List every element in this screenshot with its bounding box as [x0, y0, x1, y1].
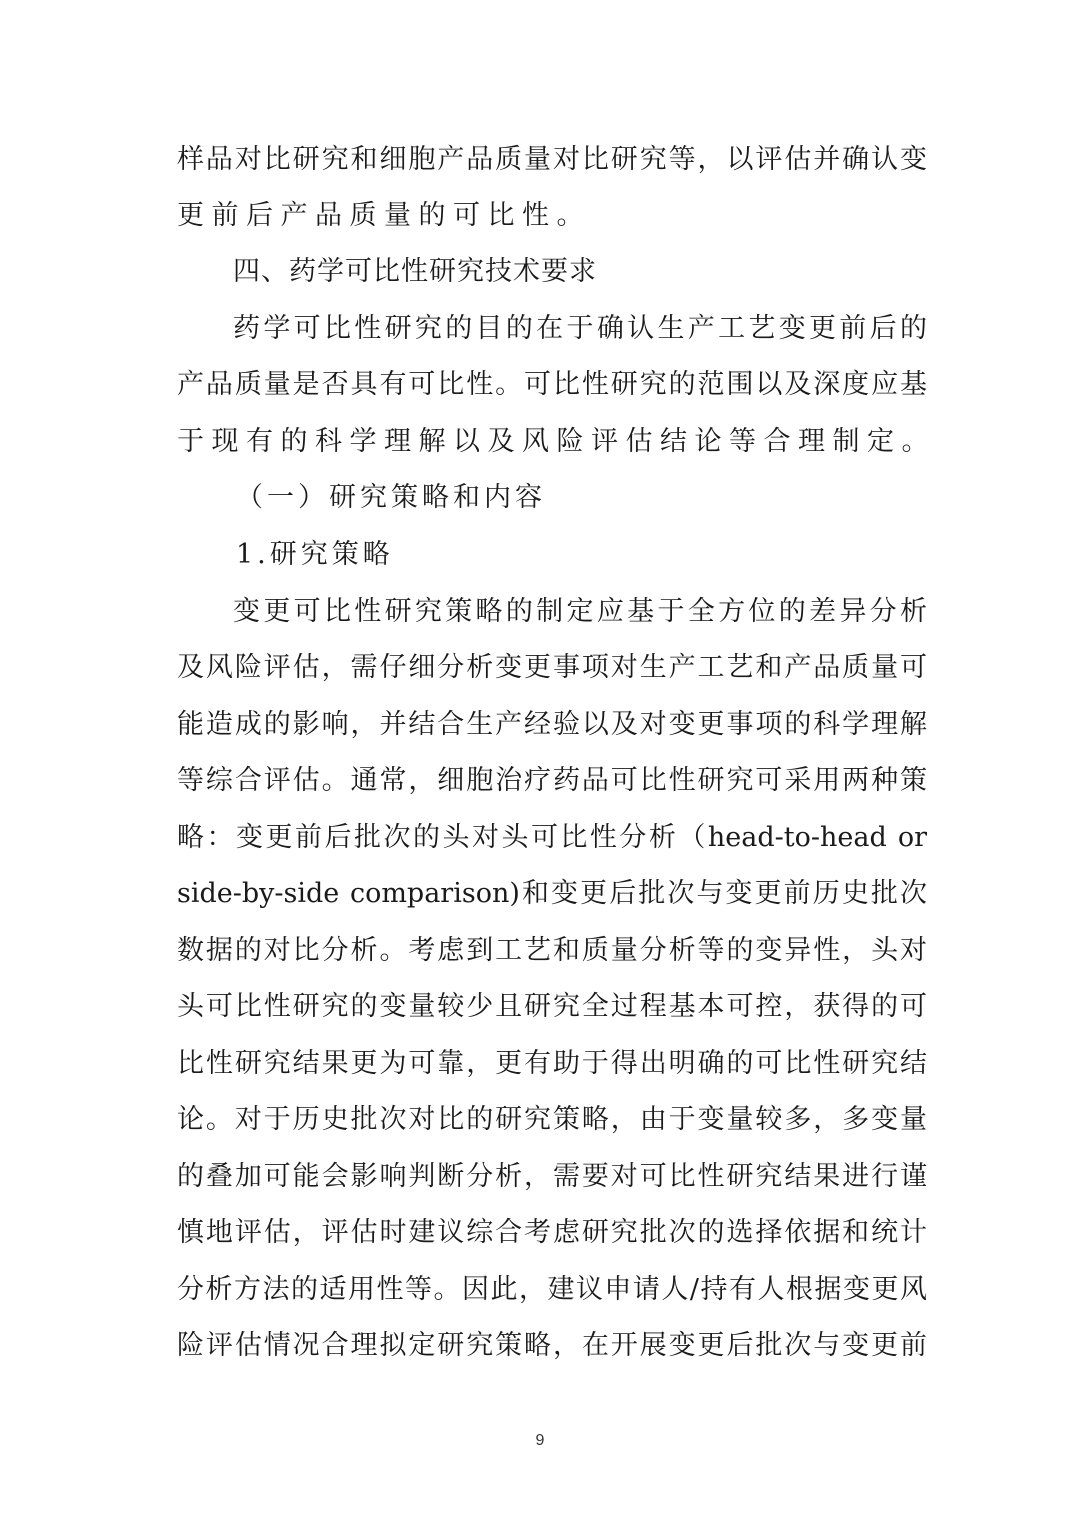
paragraph-line: 于现有的科学理解以及风险评估结论等合理制定。 — [177, 414, 927, 470]
paragraph-line: 及风险评估，需仔细分析变更事项对生产工艺和产品质量可 — [177, 640, 927, 696]
paragraph-line: side-by-side comparison)和变更后批次与变更前历史批次 — [177, 866, 927, 922]
paragraph-line: 略：变更前后批次的头对头可比性分析（head-to-head or — [177, 810, 927, 866]
section-heading: 四、药学可比性研究技术要求 — [233, 244, 927, 300]
paragraph-line: 变更可比性研究策略的制定应基于全方位的差异分析 — [233, 584, 927, 640]
paragraph-line: 样品对比研究和细胞产品质量对比研究等，以评估并确认变 — [177, 132, 927, 188]
paragraph-line: 数据的对比分析。考虑到工艺和质量分析等的变异性，头对 — [177, 923, 927, 979]
paragraph-line: 更前后产品质量的可比性。 — [177, 188, 927, 244]
paragraph-line: 分析方法的适用性等。因此，建议申请人/持有人根据变更风 — [177, 1262, 927, 1318]
paragraph-line: 比性研究结果更为可靠，更有助于得出明确的可比性研究结 — [177, 1036, 927, 1092]
paragraph-line: 产品质量是否具有可比性。可比性研究的范围以及深度应基 — [177, 357, 927, 413]
paragraph-line: 等综合评估。通常，细胞治疗药品可比性研究可采用两种策 — [177, 753, 927, 809]
paragraph-line: 险评估情况合理拟定研究策略，在开展变更后批次与变更前 — [177, 1318, 927, 1374]
document-page: 样品对比研究和细胞产品质量对比研究等，以评估并确认变 更前后产品质量的可比性。 … — [0, 0, 1080, 1533]
item-heading: 1.研究策略 — [236, 527, 986, 583]
subsection-heading: （一）研究策略和内容 — [236, 470, 986, 526]
paragraph-line: 药学可比性研究的目的在于确认生产工艺变更前后的 — [233, 301, 927, 357]
page-number: 9 — [0, 1432, 1080, 1450]
paragraph-line: 论。对于历史批次对比的研究策略，由于变量较多，多变量 — [177, 1092, 927, 1148]
paragraph-line: 能造成的影响，并结合生产经验以及对变更事项的科学理解 — [177, 697, 927, 753]
paragraph-line: 的叠加可能会影响判断分析，需要对可比性研究结果进行谨 — [177, 1149, 927, 1205]
paragraph-line: 头可比性研究的变量较少且研究全过程基本可控，获得的可 — [177, 979, 927, 1035]
paragraph-line: 慎地评估，评估时建议综合考虑研究批次的选择依据和统计 — [177, 1205, 927, 1261]
